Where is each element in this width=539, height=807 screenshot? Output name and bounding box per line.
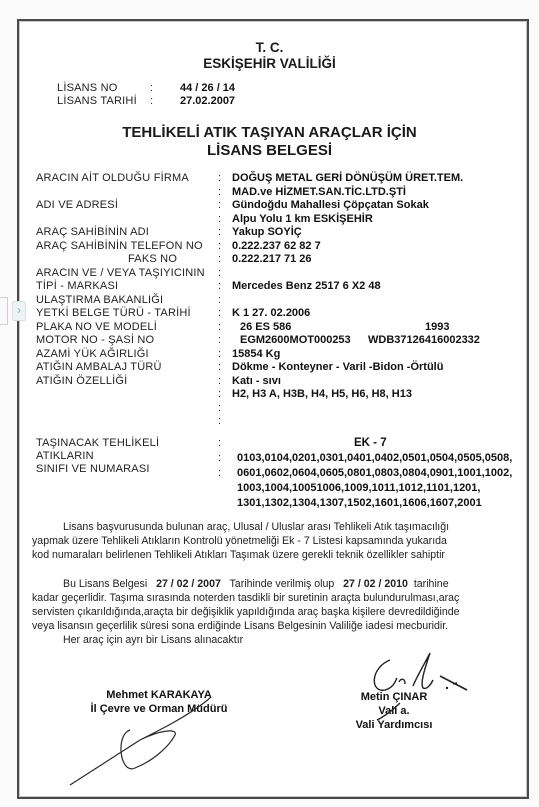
field-value: 26 ES 586 xyxy=(240,321,291,333)
waste-colon-1: : xyxy=(218,437,221,449)
waste-label-3: SINIFI VE NUMARASI xyxy=(36,463,150,475)
field-value: DOĞUŞ METAL GERİ DÖNÜŞÜM ÜRET.TEM. xyxy=(232,172,463,184)
field-colon: : xyxy=(218,334,221,346)
field-colon: : xyxy=(218,307,221,319)
field-colon: : xyxy=(218,226,221,238)
validity-suffix: tarihine xyxy=(414,578,449,590)
field-label: ATIĞIN AMBALAJ TÜRÜ xyxy=(36,361,162,373)
field-value-secondary: WDB37126416002332 xyxy=(368,334,480,346)
field-colon: : xyxy=(218,253,221,265)
field-colon: : xyxy=(218,415,221,427)
field-colon: : xyxy=(218,213,221,225)
field-label: ADI VE ADRESİ xyxy=(36,199,118,211)
field-value: Yakup SOYİÇ xyxy=(232,226,302,238)
waste-annex-heading: EK - 7 xyxy=(354,437,387,449)
side-panel-edge xyxy=(0,297,8,325)
validity-line-4: veya lisansın geçerlilik süresi sona erd… xyxy=(32,620,448,632)
waste-label-2: ATIKLARIN xyxy=(36,450,94,462)
field-value-secondary: 1993 xyxy=(425,321,449,333)
header-tc: T. C. xyxy=(0,40,539,55)
license-no-value: 44 / 26 / 14 xyxy=(180,82,235,94)
validity-middle: Tarihinde verilmiş olup xyxy=(230,578,335,590)
field-label: ULAŞTIRMA BAKANLIĞI xyxy=(36,294,163,306)
waste-label-1: TAŞINACAK TEHLİKELİ xyxy=(36,437,159,449)
expiry-date: 27 / 02 / 2010 xyxy=(343,578,408,590)
statement-line-1: Lisans başvurusunda bulunan araç, Ulusal… xyxy=(63,521,449,533)
field-value: 15854 Kg xyxy=(232,348,280,360)
field-value: MAD.ve HİZMET.SAN.TİC.LTD.ŞTİ xyxy=(232,186,406,198)
field-label: YETKİ BELGE TÜRÜ - TARİHİ xyxy=(36,307,191,319)
license-date-value: 27.02.2007 xyxy=(180,95,235,107)
license-no-label: LİSANS NO xyxy=(57,82,118,94)
field-label: ARAÇ SAHİBİNİN ADI xyxy=(36,226,149,238)
field-label: FAKS NO xyxy=(128,253,177,265)
issue-date: 27 / 02 / 2007 xyxy=(156,578,221,590)
waste-codes-line-4: 1301,1302,1304,1307,1502,1601,1606,1607,… xyxy=(237,497,482,509)
field-colon: : xyxy=(218,240,221,252)
validity-line-1: Bu Lisans Belgesi 27 / 02 / 2007 Tarihin… xyxy=(63,578,449,590)
field-value: Mercedes Benz 2517 6 X2 48 xyxy=(232,280,381,292)
field-label: TİPİ - MARKASI xyxy=(36,280,118,292)
field-label: ARACIN AİT OLDUĞU FİRMA xyxy=(36,172,189,184)
license-date-colon: : xyxy=(150,95,153,107)
field-label: PLAKA NO VE MODELİ xyxy=(36,321,157,333)
field-colon: : xyxy=(218,361,221,373)
field-label: AZAMİ YÜK AĞIRLIĞI xyxy=(36,348,149,360)
field-colon: : xyxy=(218,294,221,306)
field-colon: : xyxy=(218,321,221,333)
field-colon: : xyxy=(218,348,221,360)
field-label: ARACIN VE / VEYA TAŞIYICININ xyxy=(36,267,205,279)
field-colon: : xyxy=(218,186,221,198)
field-colon: : xyxy=(218,402,221,414)
field-value: Alpu Yolu 1 km ESKİŞEHİR xyxy=(232,213,373,225)
field-colon: : xyxy=(218,280,221,292)
field-value: 0.222.237 62 82 7 xyxy=(232,240,321,252)
validity-line-2: kadar geçerlidir. Taşıma sırasında noter… xyxy=(32,592,459,604)
field-colon: : xyxy=(218,375,221,387)
header-governorship: ESKİŞEHİR VALİLİĞİ xyxy=(0,56,539,71)
validity-line-5: Her araç için ayrı bir Lisans alınacaktı… xyxy=(63,634,243,646)
waste-codes-line-1: 0103,0104,0201,0301,0401,0402,0501,0504,… xyxy=(237,452,512,464)
field-value: 0.222.217 71 26 xyxy=(232,253,312,265)
field-label: ATIĞIN ÖZELLİĞİ xyxy=(36,375,127,387)
expand-arrow-icon[interactable]: › xyxy=(12,301,26,321)
left-signature-icon xyxy=(60,690,230,790)
license-date-label: LİSANS TARIHİ xyxy=(57,95,137,107)
waste-codes-line-2: 0601,0602,0604,0605,0801,0803,0804,0901,… xyxy=(237,467,512,479)
field-value: Gündoğdu Mahallesi Çöpçatan Sokak xyxy=(232,199,429,211)
license-no-colon: : xyxy=(150,82,153,94)
field-value: Dökme - Konteyner - Varil -Bidon -Örtülü xyxy=(232,361,443,373)
field-value: Katı - sıvı xyxy=(232,375,281,387)
field-value: H2, H3 A, H3B, H4, H5, H6, H8, H13 xyxy=(232,388,412,400)
field-value: K 1 27. 02.2006 xyxy=(232,307,310,319)
waste-codes-line-3: 1003,1004,10051006,1009,1011,1012,1101,1… xyxy=(237,482,480,494)
validity-line-3: servisten çıkarıldığında,araçta bir deği… xyxy=(32,606,460,618)
field-label: MOTOR NO - ŞASİ NO xyxy=(36,334,154,346)
statement-line-2: yapmak üzere Tehlikeli Atıkların Kontrol… xyxy=(32,535,447,547)
field-colon: : xyxy=(218,388,221,400)
field-colon: : xyxy=(218,199,221,211)
field-value: EGM2600MOT000253 xyxy=(240,334,351,346)
waste-colon-2: : xyxy=(218,452,221,464)
right-signature-icon xyxy=(355,648,485,723)
field-colon: : xyxy=(218,172,221,184)
field-colon: : xyxy=(218,267,221,279)
document-subtitle: LİSANS BELGESİ xyxy=(0,142,539,159)
waste-colon-3: : xyxy=(218,467,221,479)
field-label: ARAÇ SAHİBİNİN TELEFON NO xyxy=(36,240,203,252)
validity-prefix: Bu Lisans Belgesi xyxy=(63,578,147,590)
statement-line-3: kod numaraları belirlenen Tehlikeli Atık… xyxy=(32,549,445,561)
document-title: TEHLİKELİ ATIK TAŞIYAN ARAÇLAR İÇİN xyxy=(0,124,539,141)
